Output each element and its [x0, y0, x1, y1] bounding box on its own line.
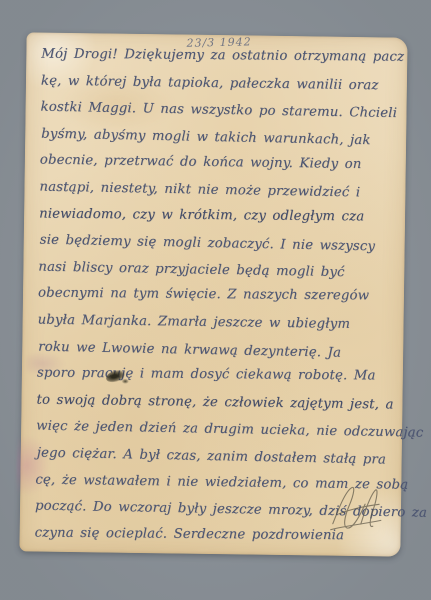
signature-scrawl: [325, 480, 388, 539]
letter-line: niewiadomo, czy w krótkim, czy odległym …: [39, 201, 397, 231]
letter-line: ubyła Marjanka. Zmarła jeszcze w ubiegły…: [37, 307, 395, 339]
letter-page: 23/3 1942 Mój Drogi! Dziękujemy za ostat…: [19, 32, 407, 556]
ink-blot-dot: [122, 379, 129, 384]
letter-line: obecnymi na tym święcie. Z naszych szere…: [38, 281, 396, 311]
letter-body: Mój Drogi! Dziękujemy za ostatnio otrzym…: [34, 42, 399, 552]
letter-line: sporo pracuję i mam dosyć ciekawą robotę…: [37, 361, 395, 391]
letter-line: Mój Drogi! Dziękujemy za ostatnio otrzym…: [41, 42, 399, 72]
scan-background: { "scan": { "background_color": "#8b9299…: [0, 0, 431, 600]
scan-stage: 23/3 1942 Mój Drogi! Dziękujemy za ostat…: [0, 0, 431, 600]
